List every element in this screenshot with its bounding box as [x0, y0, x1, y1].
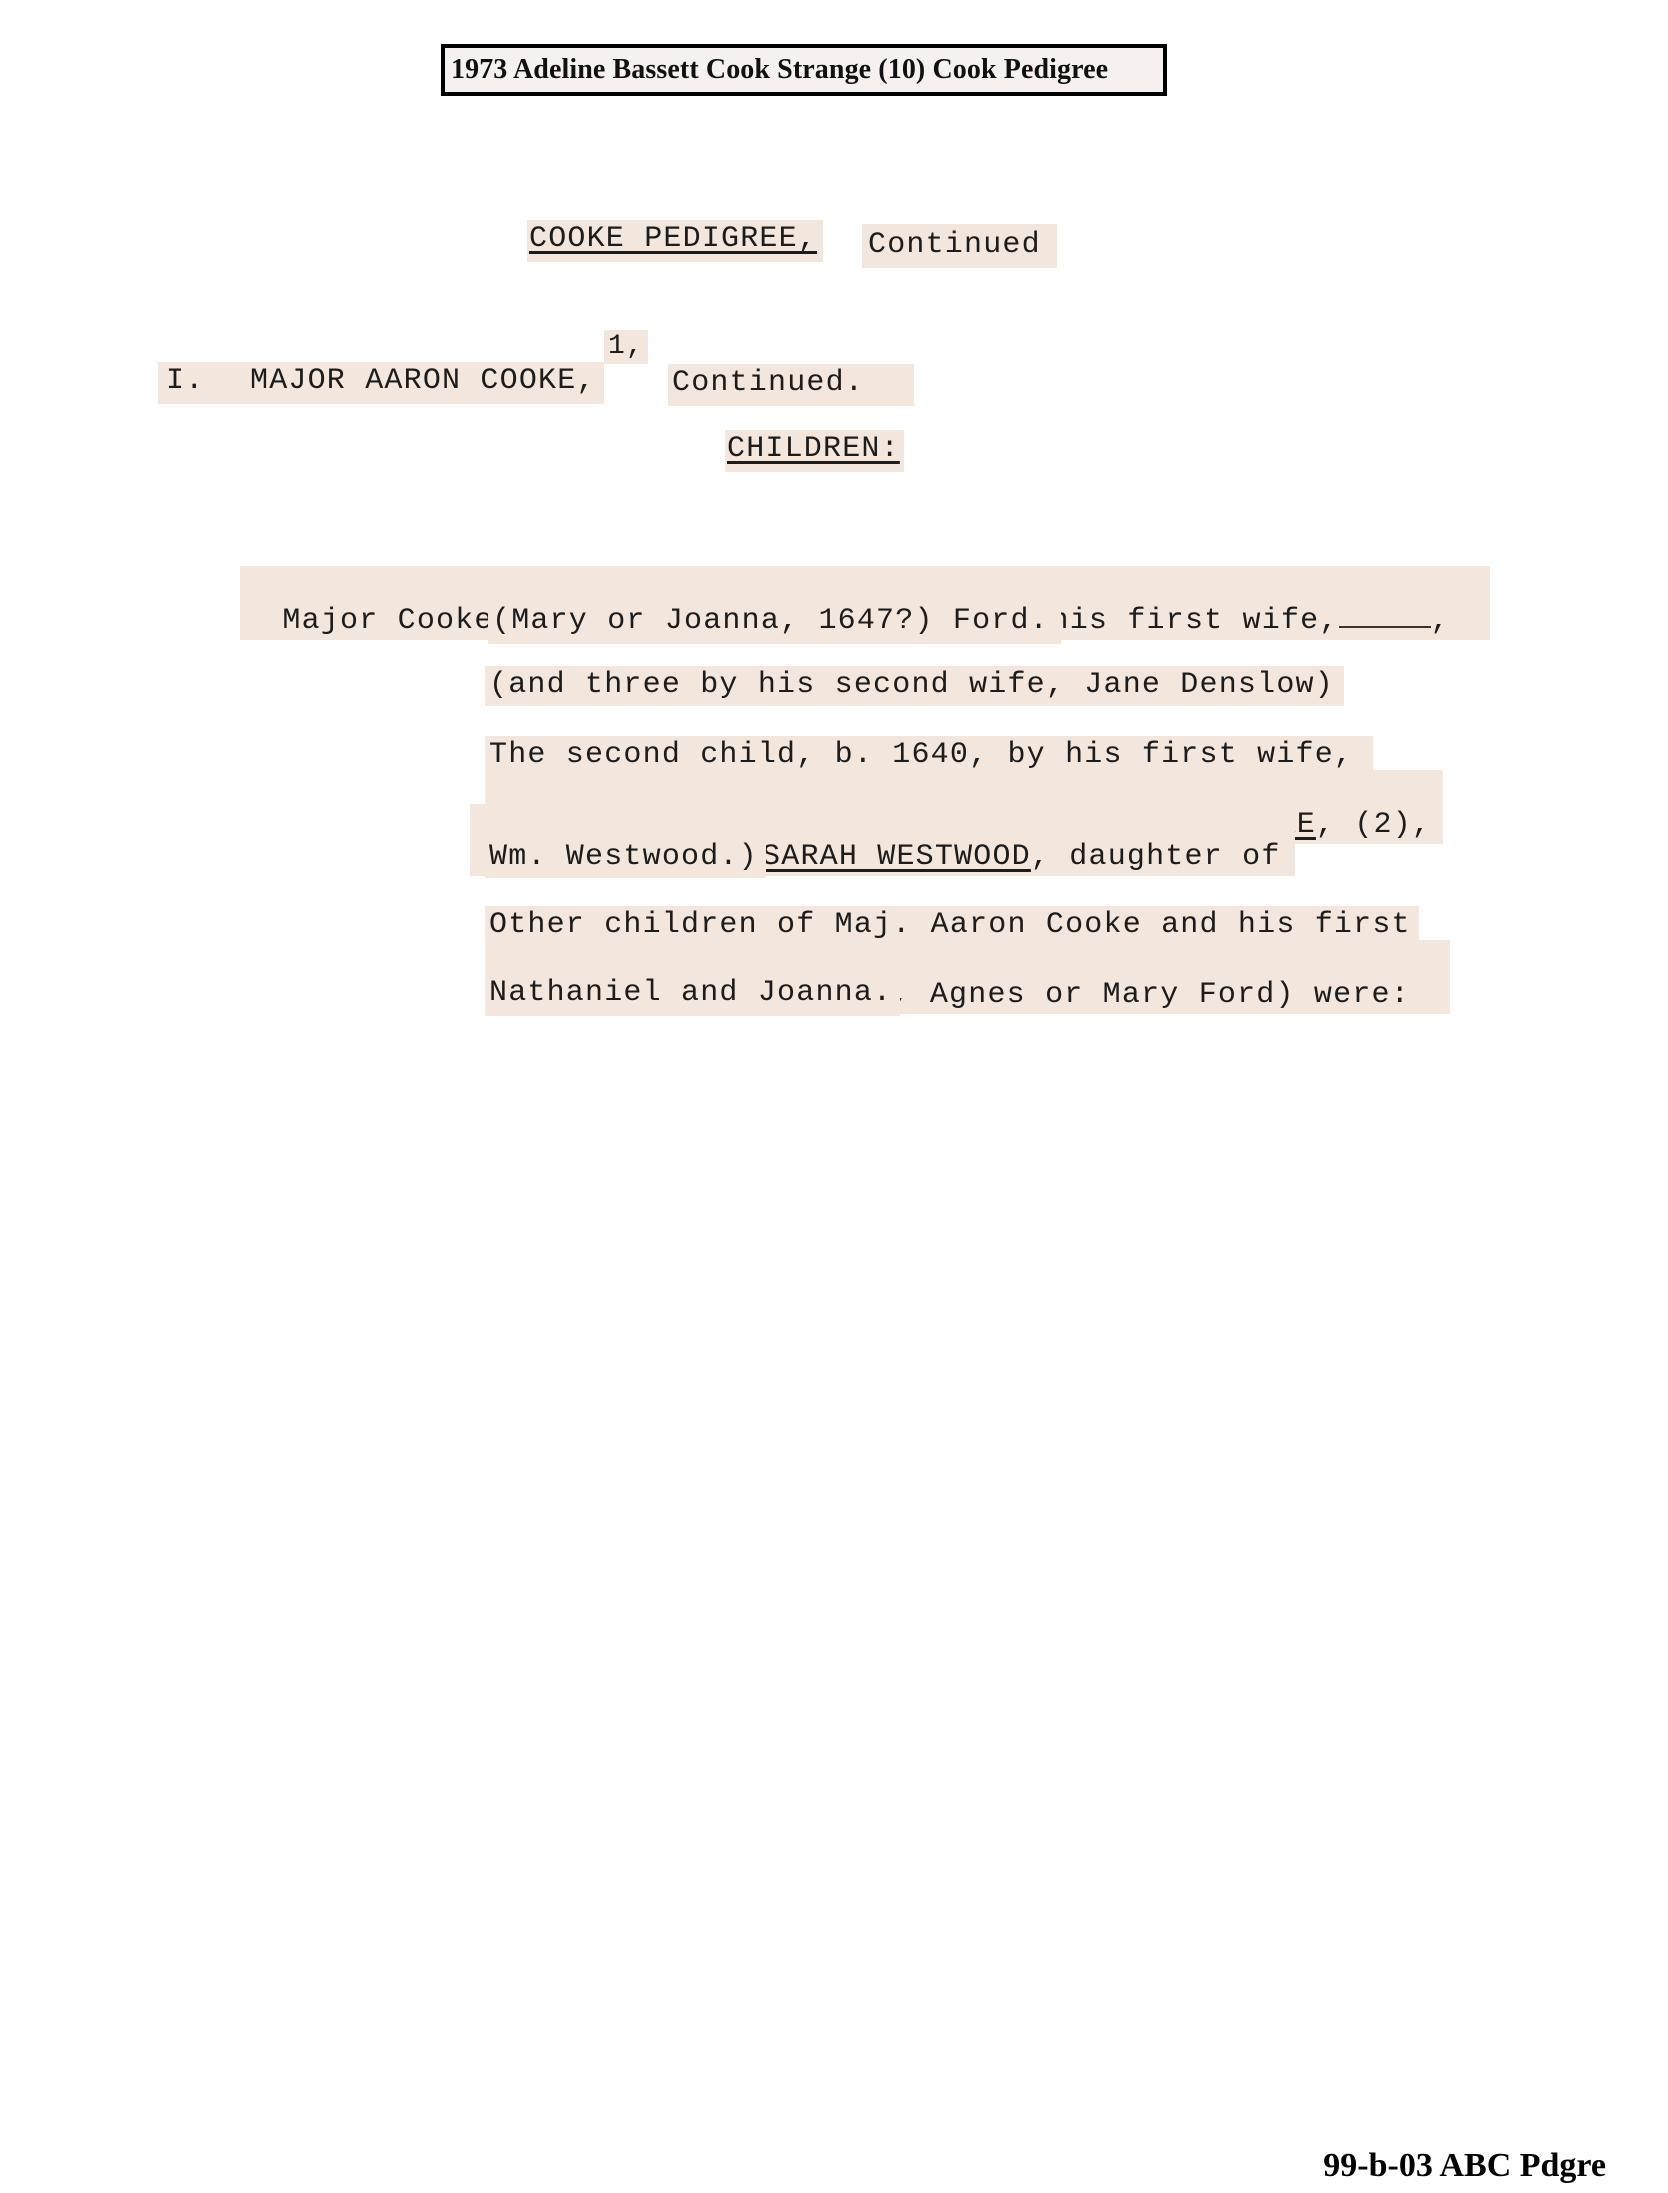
section-continued: Continued.: [668, 364, 914, 406]
document-title-box: 1973 Adeline Bassett Cook Strange (10) C…: [441, 44, 1167, 96]
paragraph-1-subject: Major Cooke: [282, 604, 512, 638]
blank-name-line: [1339, 602, 1431, 628]
pedigree-heading: COOKE PEDIGREE,: [527, 220, 823, 262]
paragraph-4-line-1: Other children of Maj. Aaron Cooke and h…: [485, 906, 1419, 944]
paragraph-1-line-2: (Mary or Joanna, 1647?) Ford.: [488, 602, 1061, 644]
section-name: MAJOR AARON COOKE,: [250, 362, 604, 404]
paragraph-4-line-3: Nathaniel and Joanna.: [485, 974, 900, 1016]
paragraph-3-generation: , (2),: [1316, 808, 1431, 842]
document-reference-label: 99-b-03 ABC Pdgre: [1323, 2147, 1606, 2185]
pedigree-heading-continued: Continued: [862, 224, 1057, 268]
section-numeral: I.: [158, 362, 258, 404]
paragraph-3-daughter-text: , daughter of: [1031, 840, 1281, 874]
paragraph-3-line-4: Wm. Westwood.): [485, 838, 766, 878]
section-superscript: 1,: [604, 330, 648, 364]
paragraph-3-line-1: The second child, b. 1640, by his first …: [485, 736, 1373, 774]
sarah-westwood-name: SARAH WESTWOOD: [762, 840, 1031, 874]
document-title: 1973 Adeline Bassett Cook Strange (10) C…: [451, 54, 1108, 86]
paragraph-1-comma: ,: [1431, 604, 1450, 638]
paragraph-2-line-1: (and three by his second wife, Jane Dens…: [485, 666, 1344, 706]
children-subheading: CHILDREN:: [725, 430, 904, 472]
